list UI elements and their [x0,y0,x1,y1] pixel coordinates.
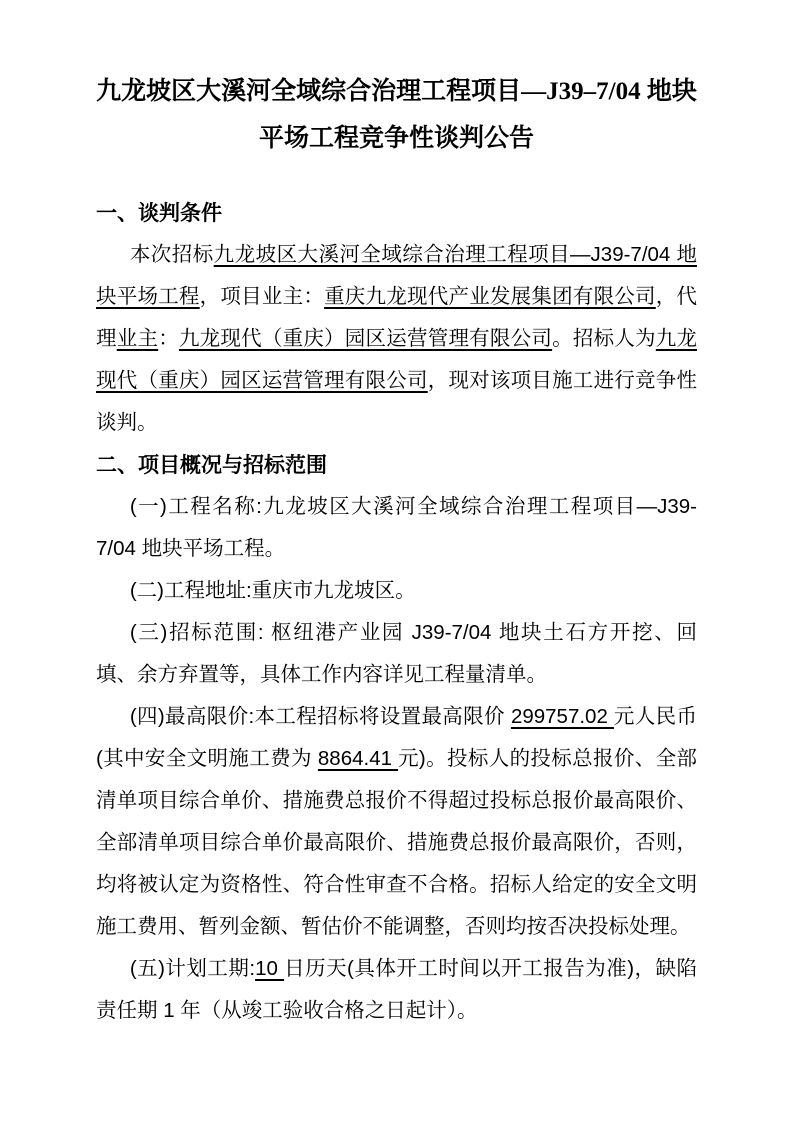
section-negotiation-conditions: 一、谈判条件 本次招标九龙坡区大溪河全域综合治理工程项目—J39-7/04 地块… [96,192,697,444]
document-title: 九龙坡区大溪河全域综合治理工程项目—J39–7/04 地块平场工程竞争性谈判公告 [96,68,697,162]
underlined-text-run: 重庆九龙现代产业发展集团有限公司 [324,285,656,308]
paragraph-bid-scope: (三)招标范围: 枢纽港产业园 J39-7/04 地块土石方开挖、回填、余方弃置… [96,612,697,696]
section-2-heading: 二、项目概况与招标范围 [96,444,697,486]
text-run: ： [158,327,179,350]
section-project-overview: 二、项目概况与招标范围 (一)工程名称:九龙坡区大溪河全域综合治理工程项目—J3… [96,444,697,1032]
paragraph-max-price: (四)最高限价:本工程招标将设置最高限价 299757.02 元人民币(其中安全… [96,696,697,948]
text-run: 。招标人为 [552,327,656,350]
underlined-text-run: 10 [255,957,284,980]
text-run: 元)。投标人的投标总报价、全部清单项目综合单价、措施费总报价不得超过投标总报价最… [96,747,697,938]
document-page: 九龙坡区大溪河全域综合治理工程项目—J39–7/04 地块平场工程竞争性谈判公告… [0,0,793,1122]
text-run: (五)计划工期: [130,957,255,980]
paragraph-planned-duration: (五)计划工期:10 日历天(具体开工时间以开工报告为准)，缺陷责任期 1 年（… [96,948,697,1032]
section-1-heading: 一、谈判条件 [96,192,697,234]
text-run: ，项目业主： [200,285,324,308]
underlined-text-run: 九龙现代（重庆）园区运营管理有限公司 [179,327,552,350]
text-run: (一)工程名称:九龙坡区大溪河全域综合治理工程项目—J39-7/04 地块平场工… [96,495,697,560]
text-run: (二)工程地址:重庆市九龙坡区。 [130,579,416,602]
text-run: (三)招标范围: 枢纽港产业园 J39-7/04 地块土石方开挖、回填、余方弃置… [96,621,697,686]
paragraph-negotiation-conditions: 本次招标九龙坡区大溪河全域综合治理工程项目—J39-7/04 地块平场工程，项目… [96,234,697,444]
underlined-text-run: 业主 [117,327,158,350]
underlined-text-run: 8864.41 [318,747,398,770]
text-run: (四)最高限价:本工程招标将设置最高限价 [130,705,511,728]
paragraph-project-address: (二)工程地址:重庆市九龙坡区。 [96,570,697,612]
underlined-text-run: 299757.02 [511,705,614,728]
text-run: 本次招标 [130,243,214,266]
paragraph-project-name: (一)工程名称:九龙坡区大溪河全域综合治理工程项目—J39-7/04 地块平场工… [96,486,697,570]
